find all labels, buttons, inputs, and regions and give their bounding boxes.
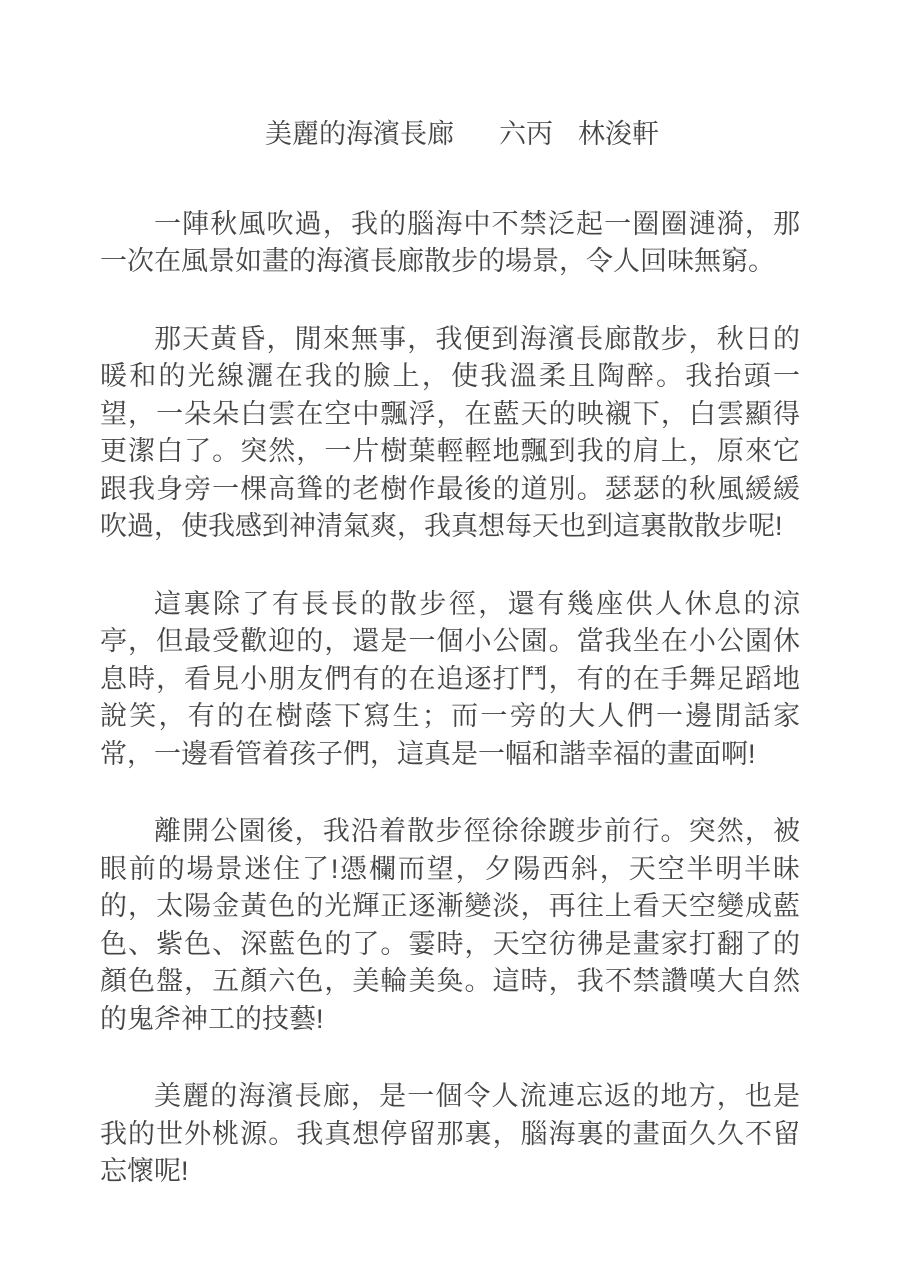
author-name: 林浚軒: [578, 119, 659, 149]
document-title: 美麗的海濱長廊: [265, 119, 454, 149]
paragraph-1: 一陣秋風吹過，我的腦海中不禁泛起一圈圈漣漪，那一次在風景如畫的海濱長廊散步的場景…: [100, 206, 800, 281]
class-name: 六丙: [499, 119, 553, 149]
document-page: 美麗的海濱長廊六丙林浚軒 一陣秋風吹過，我的腦海中不禁泛起一圈圈漣漪，那一次在風…: [0, 0, 905, 1280]
paragraph-3: 這裏除了有長長的散步徑，還有幾座供人休息的涼亭，但最受歡迎的，還是一個小公園。當…: [100, 586, 800, 774]
paragraph-4: 離開公園後，我沿着散步徑徐徐踱步前行。突然，被眼前的場景迷住了!憑欄而望，夕陽西…: [100, 813, 800, 1038]
paragraph-2: 那天黃昏，閒來無事，我便到海濱長廊散步，秋日的暖和的光線灑在我的臉上，使我溫柔且…: [100, 321, 800, 546]
paragraph-5: 美麗的海濱長廊，是一個令人流連忘返的地方，也是我的世外桃源。我真想停留那裏，腦海…: [100, 1078, 800, 1191]
document-header: 美麗的海濱長廊六丙林浚軒: [100, 116, 800, 154]
